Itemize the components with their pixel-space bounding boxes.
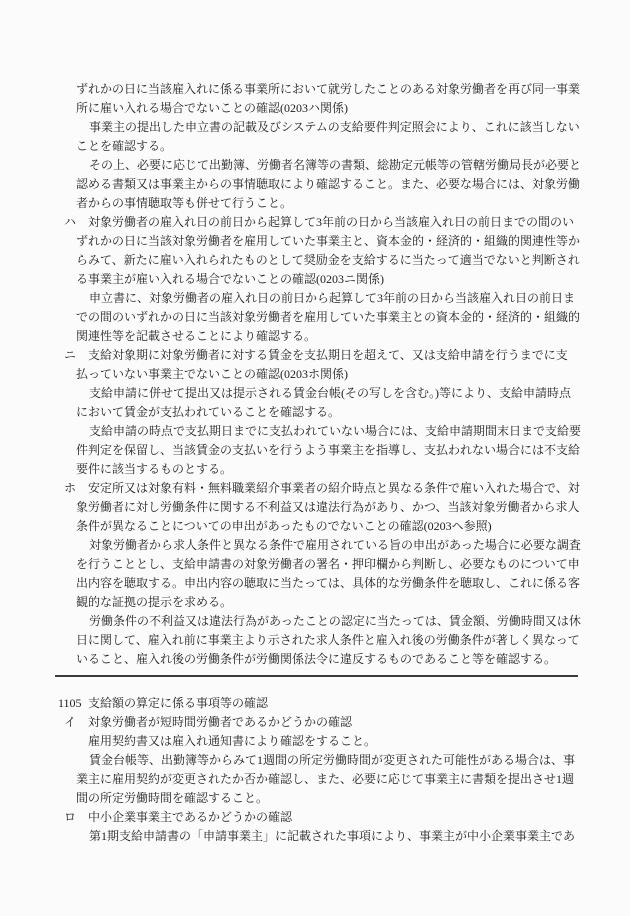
item-line: ホ安定所又は対象有料・無料職業紹介事業者の紹介時点と異なる条件で雇い入れた場合で…: [0, 479, 630, 498]
text-line: 対象労働者から求人条件と異なる条件で雇用されている旨の申出があった場合に必要な調…: [0, 536, 630, 555]
line-text: 者からの事情聴取等も併せて行うこと。: [76, 196, 292, 210]
text-line: る事業主が雇い入れる場合でないことの確認(0203ニ関係): [0, 270, 630, 289]
item-line: イ対象労働者が短時間労働者であるかどうかの確認: [0, 713, 630, 732]
line-text: 対象労働者が短時間労働者であるかどうかの確認: [88, 715, 352, 729]
text-line: 申立書に、対象労働者の雇入れ日の前日から起算して3年前の日から当該雇入れ日の前日…: [0, 289, 630, 308]
item-label: ハ: [64, 213, 88, 232]
item-label: イ: [64, 713, 88, 732]
line-text: 中小企業事業主であるかどうかの確認: [88, 810, 292, 824]
text-line: を行うこととし、支給申請書の対象労働者の署名・押印欄から判断し、必要なものについ…: [0, 555, 630, 574]
line-text: 業主に雇用契約が変更されたか否か確認し、また、必要に応じて事業主に書類を提出させ…: [76, 772, 574, 786]
line-text: 払っていない事業主でないことの確認(0203ホ関係): [76, 367, 348, 381]
item-line: ロ中小企業事業主であるかどうかの確認: [0, 808, 630, 827]
text-line: での間のいずれかの日に当該対象労働者を雇用していた事業主との資本金的・経済的・組…: [0, 308, 630, 327]
text-line: 件判定を保留し、当該賃金の支払いを行うよう事業主を指導し、支払われない場合には不…: [0, 441, 630, 460]
line-text: 条件が異なることについての申出があったものでないことの確認(0203ヘ参照): [76, 519, 492, 533]
line-text: 賃金台帳等、出勤簿等からみて1週間の所定労働時間が変更された可能性がある場合は、…: [89, 753, 575, 767]
line-text: 対象労働者から求人条件と異なる条件で雇用されている旨の申出があった場合に必要な調…: [89, 538, 581, 552]
line-text: での間のいずれかの日に当該対象労働者を雇用していた事業主との資本金的・経済的・組…: [76, 310, 580, 324]
line-text: る事業主が雇い入れる場合でないことの確認(0203ニ関係): [76, 272, 384, 286]
item-line: 1105支給額の算定に係る事項等の確認: [0, 694, 630, 713]
line-text: 象労働者に対し労働条件に関する不利益又は違法行為があり、かつ、当該対象労働者から…: [76, 500, 580, 514]
text-line: 日に関して、雇入れ前に事業主より示された求人条件と雇入れ後の労働条件が著しく異な…: [0, 631, 630, 650]
text-line: ずれかの日に当該対象労働者を雇用していた事業主と、資本金的・経済的・組織的関連性…: [0, 232, 630, 251]
line-text: いること、雇入れ後の労働条件が労働関係法令に違反するものであること等を確認する。: [76, 652, 556, 666]
text-line: 条件が異なることについての申出があったものでないことの確認(0203ヘ参照): [0, 517, 630, 536]
line-text: ずれかの日に当該対象労働者を雇用していた事業主と、資本金的・経済的・組織的関連性…: [76, 234, 580, 248]
text-line: 象労働者に対し労働条件に関する不利益又は違法行為があり、かつ、当該対象労働者から…: [0, 498, 630, 517]
text-line: 雇用契約書又は雇入れ通知書により確認をすること。: [0, 732, 630, 751]
document-content: ずれかの日に当該雇入れに係る事業所において就労したことのある対象労働者を再び同一…: [0, 80, 630, 846]
text-line: 認める書類又は事業主からの事情聴取により確認すること。また、必要な場合には、対象…: [0, 175, 630, 194]
text-line: 第1期支給申請書の「申請事業主」に記載された事項により、事業主が中小企業事業主で…: [0, 827, 630, 846]
item-label: 1105: [58, 694, 88, 713]
item-label: ニ: [64, 346, 88, 365]
text-line: 所に雇い入れる場合でないことの確認(0203ハ関係): [0, 99, 630, 118]
line-text: 関連性等を記載させることにより確認する。: [76, 329, 316, 343]
text-line: 観的な証拠の提示を求める。: [0, 593, 630, 612]
text-line: 賃金台帳等、出勤簿等からみて1週間の所定労働時間が変更された可能性がある場合は、…: [0, 751, 630, 770]
text-line: 要件に該当するものとする。: [0, 460, 630, 479]
section-divider-line: [55, 675, 578, 677]
line-text: 日に関して、雇入れ前に事業主より示された求人条件と雇入れ後の労働条件が著しく異な…: [76, 633, 580, 647]
text-line: 間の所定労働時間を確認すること。: [0, 789, 630, 808]
line-text: 所に雇い入れる場合でないことの確認(0203ハ関係): [76, 101, 348, 115]
line-text: ずれかの日に当該雇入れに係る事業所において就労したことのある対象労働者を再び同一…: [76, 82, 580, 96]
text-line: 労働条件の不利益又は違法行為があったことの認定に当たっては、賃金額、労働時間又は…: [0, 612, 630, 631]
text-line: 払っていない事業主でないことの確認(0203ホ関係): [0, 365, 630, 384]
section-1105-payment-amount-check: 1105支給額の算定に係る事項等の確認イ対象労働者が短時間労働者であるかどうかの…: [0, 694, 630, 846]
text-line: 出内容を聴取する。申出内容の聴取に当たっては、具体的な労働条件を聴取し、これに係…: [0, 574, 630, 593]
item-label: ロ: [64, 808, 88, 827]
text-line: において賃金が支払われていることを確認する。: [0, 403, 630, 422]
text-line: その上、必要に応じて出勤簿、労働者名簿等の書類、総勘定元帳等の管轄労働局長が必要…: [0, 156, 630, 175]
text-line: いること、雇入れ後の労働条件が労働関係法令に違反するものであること等を確認する。: [0, 650, 630, 669]
text-line: 者からの事情聴取等も併せて行うこと。: [0, 194, 630, 213]
line-text: ことを確認する。: [76, 139, 172, 153]
line-text: において賃金が支払われていることを確認する。: [76, 405, 340, 419]
item-label: ホ: [64, 479, 88, 498]
line-text: 雇用契約書又は雇入れ通知書により確認をすること。: [88, 734, 376, 748]
text-line: ことを確認する。: [0, 137, 630, 156]
text-line: 支給申請の時点で支払期日までに支払われていない場合には、支給申請期間末日まで支給…: [0, 422, 630, 441]
line-text: 認める書類又は事業主からの事情聴取により確認すること。また、必要な場合には、対象…: [76, 177, 580, 191]
line-text: 第1期支給申請書の「申請事業主」に記載された事項により、事業主が中小企業事業主で…: [89, 829, 575, 843]
line-text: 対象労働者の雇入れ日の前日から起算して3年前の日から当該雇入れ日の前日までの間の…: [88, 215, 574, 229]
line-text: 間の所定労働時間を確認すること。: [76, 791, 268, 805]
text-line: 関連性等を記載させることにより確認する。: [0, 327, 630, 346]
item-line: ハ対象労働者の雇入れ日の前日から起算して3年前の日から当該雇入れ日の前日までの間…: [0, 213, 630, 232]
document-page: ずれかの日に当該雇入れに係る事業所において就労したことのある対象労働者を再び同一…: [0, 0, 630, 916]
line-text: 事業主の提出した申立書の記載及びシステムの支給要件判定照会により、これに該当しな…: [89, 120, 580, 134]
text-line: ずれかの日に当該雇入れに係る事業所において就労したことのある対象労働者を再び同一…: [0, 80, 630, 99]
line-text: 支給申請に併せて提出又は提示される賃金台帳(その写しを含む。)等により、支給申請…: [89, 386, 571, 400]
line-text: 支給額の算定に係る事項等の確認: [88, 696, 268, 710]
line-text: その上、必要に応じて出勤簿、労働者名簿等の書類、総勘定元帳等の管轄労働局長が必要…: [89, 158, 581, 172]
line-text: を行うこととし、支給申請書の対象労働者の署名・押印欄から判断し、必要なものについ…: [76, 557, 580, 571]
line-text: 観的な証拠の提示を求める。: [76, 595, 232, 609]
line-text: 出内容を聴取する。申出内容の聴取に当たっては、具体的な労働条件を聴取し、これに係…: [76, 576, 580, 590]
line-text: 安定所又は対象有料・無料職業紹介事業者の紹介時点と異なる条件で雇い入れた場合で、…: [88, 481, 580, 495]
section-0203-requirements-check: ずれかの日に当該雇入れに係る事業所において就労したことのある対象労働者を再び同一…: [0, 80, 630, 669]
line-text: 申立書に、対象労働者の雇入れ日の前日から起算して3年前の日から当該雇入れ日の前日…: [89, 291, 575, 305]
item-line: ニ支給対象期に対象労働者に対する賃金を支払期日を超えて、又は支給申請を行うまでに…: [0, 346, 630, 365]
line-text: 件判定を保留し、当該賃金の支払いを行うよう事業主を指導し、支払われない場合には不…: [76, 443, 580, 457]
line-text: 支給対象期に対象労働者に対する賃金を支払期日を超えて、又は支給申請を行うまでに支: [88, 348, 568, 362]
line-text: 支給申請の時点で支払期日までに支払われていない場合には、支給申請期間末日まで支給…: [89, 424, 581, 438]
text-line: 業主に雇用契約が変更されたか否か確認し、また、必要に応じて事業主に書類を提出させ…: [0, 770, 630, 789]
text-line: らみて、新たに雇い入れられたものとして奨励金を支給するに当たって適当でないと判断…: [0, 251, 630, 270]
line-text: らみて、新たに雇い入れられたものとして奨励金を支給するに当たって適当でないと判断…: [76, 253, 580, 267]
text-line: 支給申請に併せて提出又は提示される賃金台帳(その写しを含む。)等により、支給申請…: [0, 384, 630, 403]
line-text: 要件に該当するものとする。: [76, 462, 232, 476]
line-text: 労働条件の不利益又は違法行為があったことの認定に当たっては、賃金額、労働時間又は…: [89, 614, 581, 628]
text-line: 事業主の提出した申立書の記載及びシステムの支給要件判定照会により、これに該当しな…: [0, 118, 630, 137]
